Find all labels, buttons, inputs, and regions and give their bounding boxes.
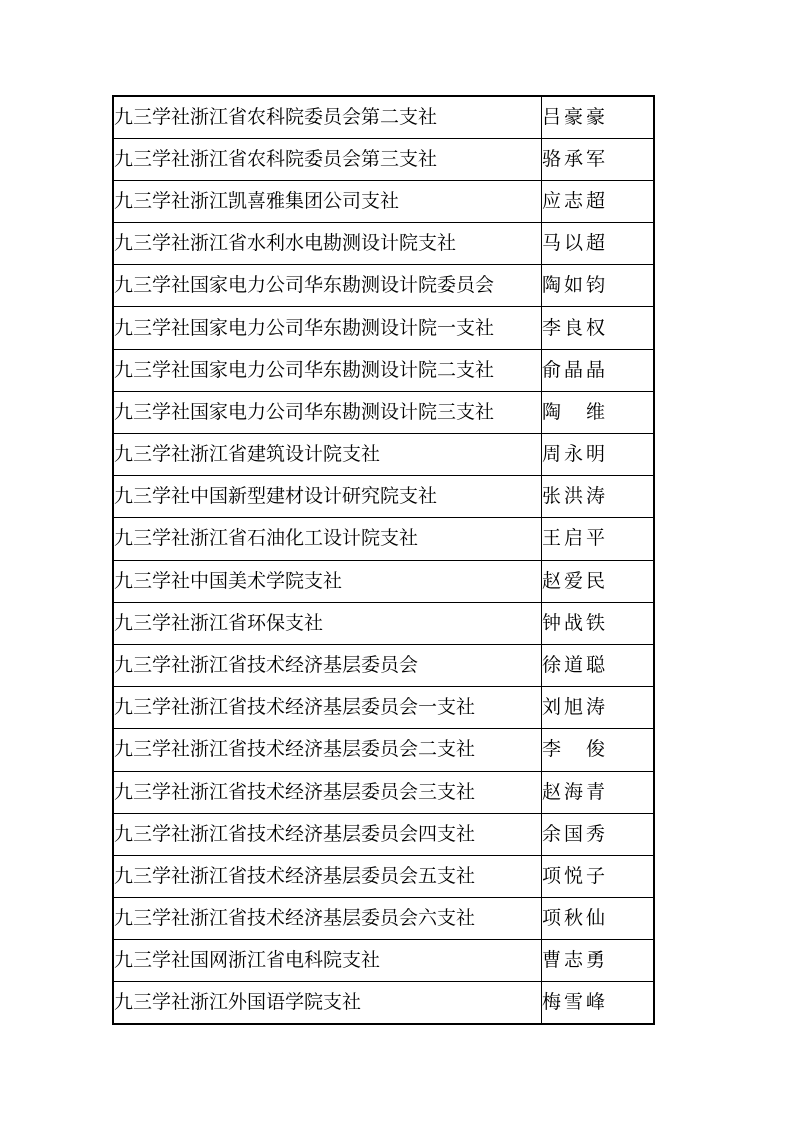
table-row: 九三学社浙江省石油化工设计院支社 王启平 (113, 518, 654, 560)
organization-cell: 九三学社中国美术学院支社 (113, 560, 542, 602)
table-row: 九三学社国家电力公司华东勘测设计院三支社 陶 维 (113, 391, 654, 433)
name-cell: 俞晶晶 (542, 349, 655, 391)
organization-cell: 九三学社浙江省石油化工设计院支社 (113, 518, 542, 560)
table-row: 九三学社浙江省技术经济基层委员会 徐道聪 (113, 644, 654, 686)
name-cell: 赵海青 (542, 771, 655, 813)
organization-cell: 九三学社浙江省建筑设计院支社 (113, 434, 542, 476)
table-row: 九三学社中国新型建材设计研究院支社 张洪涛 (113, 476, 654, 518)
organization-cell: 九三学社国家电力公司华东勘测设计院三支社 (113, 391, 542, 433)
name-cell: 项秋仙 (542, 898, 655, 940)
name-cell: 项悦子 (542, 855, 655, 897)
organization-cell: 九三学社浙江省环保支社 (113, 602, 542, 644)
name-cell: 周永明 (542, 434, 655, 476)
table-row: 九三学社国家电力公司华东勘测设计院委员会 陶如钧 (113, 265, 654, 307)
name-cell: 陶 维 (542, 391, 655, 433)
name-cell: 王启平 (542, 518, 655, 560)
table-row: 九三学社国家电力公司华东勘测设计院一支社 李良权 (113, 307, 654, 349)
table-row: 九三学社浙江省技术经济基层委员会五支社 项悦子 (113, 855, 654, 897)
name-cell: 应志超 (542, 180, 655, 222)
organization-cell: 九三学社浙江省技术经济基层委员会二支社 (113, 729, 542, 771)
organization-cell: 九三学社浙江省农科院委员会第三支社 (113, 138, 542, 180)
name-cell: 余国秀 (542, 813, 655, 855)
name-cell: 骆承军 (542, 138, 655, 180)
organization-cell: 九三学社中国新型建材设计研究院支社 (113, 476, 542, 518)
organization-cell: 九三学社国家电力公司华东勘测设计院一支社 (113, 307, 542, 349)
organization-cell: 九三学社浙江省技术经济基层委员会五支社 (113, 855, 542, 897)
table-row: 九三学社浙江省农科院委员会第三支社 骆承军 (113, 138, 654, 180)
roster-table-body: 九三学社浙江省农科院委员会第二支社 吕豪豪 九三学社浙江省农科院委员会第三支社 … (113, 96, 654, 1024)
organization-cell: 九三学社浙江省技术经济基层委员会六支社 (113, 898, 542, 940)
name-cell: 陶如钧 (542, 265, 655, 307)
table-row: 九三学社浙江省技术经济基层委员会一支社 刘旭涛 (113, 687, 654, 729)
organization-cell: 九三学社国家电力公司华东勘测设计院委员会 (113, 265, 542, 307)
table-row: 九三学社浙江省建筑设计院支社 周永明 (113, 434, 654, 476)
organization-cell: 九三学社浙江省技术经济基层委员会三支社 (113, 771, 542, 813)
organization-cell: 九三学社浙江凯喜雅集团公司支社 (113, 180, 542, 222)
table-row: 九三学社国网浙江省电科院支社 曹志勇 (113, 940, 654, 982)
organization-cell: 九三学社浙江省技术经济基层委员会一支社 (113, 687, 542, 729)
name-cell: 徐道聪 (542, 644, 655, 686)
organization-cell: 九三学社浙江外国语学院支社 (113, 982, 542, 1024)
organization-cell: 九三学社浙江省技术经济基层委员会四支社 (113, 813, 542, 855)
organization-cell: 九三学社国网浙江省电科院支社 (113, 940, 542, 982)
table-row: 九三学社国家电力公司华东勘测设计院二支社 俞晶晶 (113, 349, 654, 391)
name-cell: 曹志勇 (542, 940, 655, 982)
organization-cell: 九三学社浙江省水利水电勘测设计院支社 (113, 223, 542, 265)
table-row: 九三学社浙江省技术经济基层委员会二支社 李 俊 (113, 729, 654, 771)
name-cell: 马以超 (542, 223, 655, 265)
name-cell: 梅雪峰 (542, 982, 655, 1024)
organization-cell: 九三学社国家电力公司华东勘测设计院二支社 (113, 349, 542, 391)
table-row: 九三学社中国美术学院支社 赵爱民 (113, 560, 654, 602)
name-cell: 赵爱民 (542, 560, 655, 602)
table-row: 九三学社浙江省技术经济基层委员会三支社 赵海青 (113, 771, 654, 813)
roster-table: 九三学社浙江省农科院委员会第二支社 吕豪豪 九三学社浙江省农科院委员会第三支社 … (112, 95, 655, 1025)
table-row: 九三学社浙江省技术经济基层委员会四支社 余国秀 (113, 813, 654, 855)
name-cell: 吕豪豪 (542, 96, 655, 138)
name-cell: 李 俊 (542, 729, 655, 771)
name-cell: 李良权 (542, 307, 655, 349)
table-row: 九三学社浙江省农科院委员会第二支社 吕豪豪 (113, 96, 654, 138)
document-page: 九三学社浙江省农科院委员会第二支社 吕豪豪 九三学社浙江省农科院委员会第三支社 … (0, 0, 793, 1122)
name-cell: 刘旭涛 (542, 687, 655, 729)
table-row: 九三学社浙江省环保支社 钟战铁 (113, 602, 654, 644)
table-row: 九三学社浙江省技术经济基层委员会六支社 项秋仙 (113, 898, 654, 940)
table-row: 九三学社浙江省水利水电勘测设计院支社 马以超 (113, 223, 654, 265)
name-cell: 钟战铁 (542, 602, 655, 644)
organization-cell: 九三学社浙江省技术经济基层委员会 (113, 644, 542, 686)
table-row: 九三学社浙江凯喜雅集团公司支社 应志超 (113, 180, 654, 222)
name-cell: 张洪涛 (542, 476, 655, 518)
table-row: 九三学社浙江外国语学院支社 梅雪峰 (113, 982, 654, 1024)
organization-cell: 九三学社浙江省农科院委员会第二支社 (113, 96, 542, 138)
